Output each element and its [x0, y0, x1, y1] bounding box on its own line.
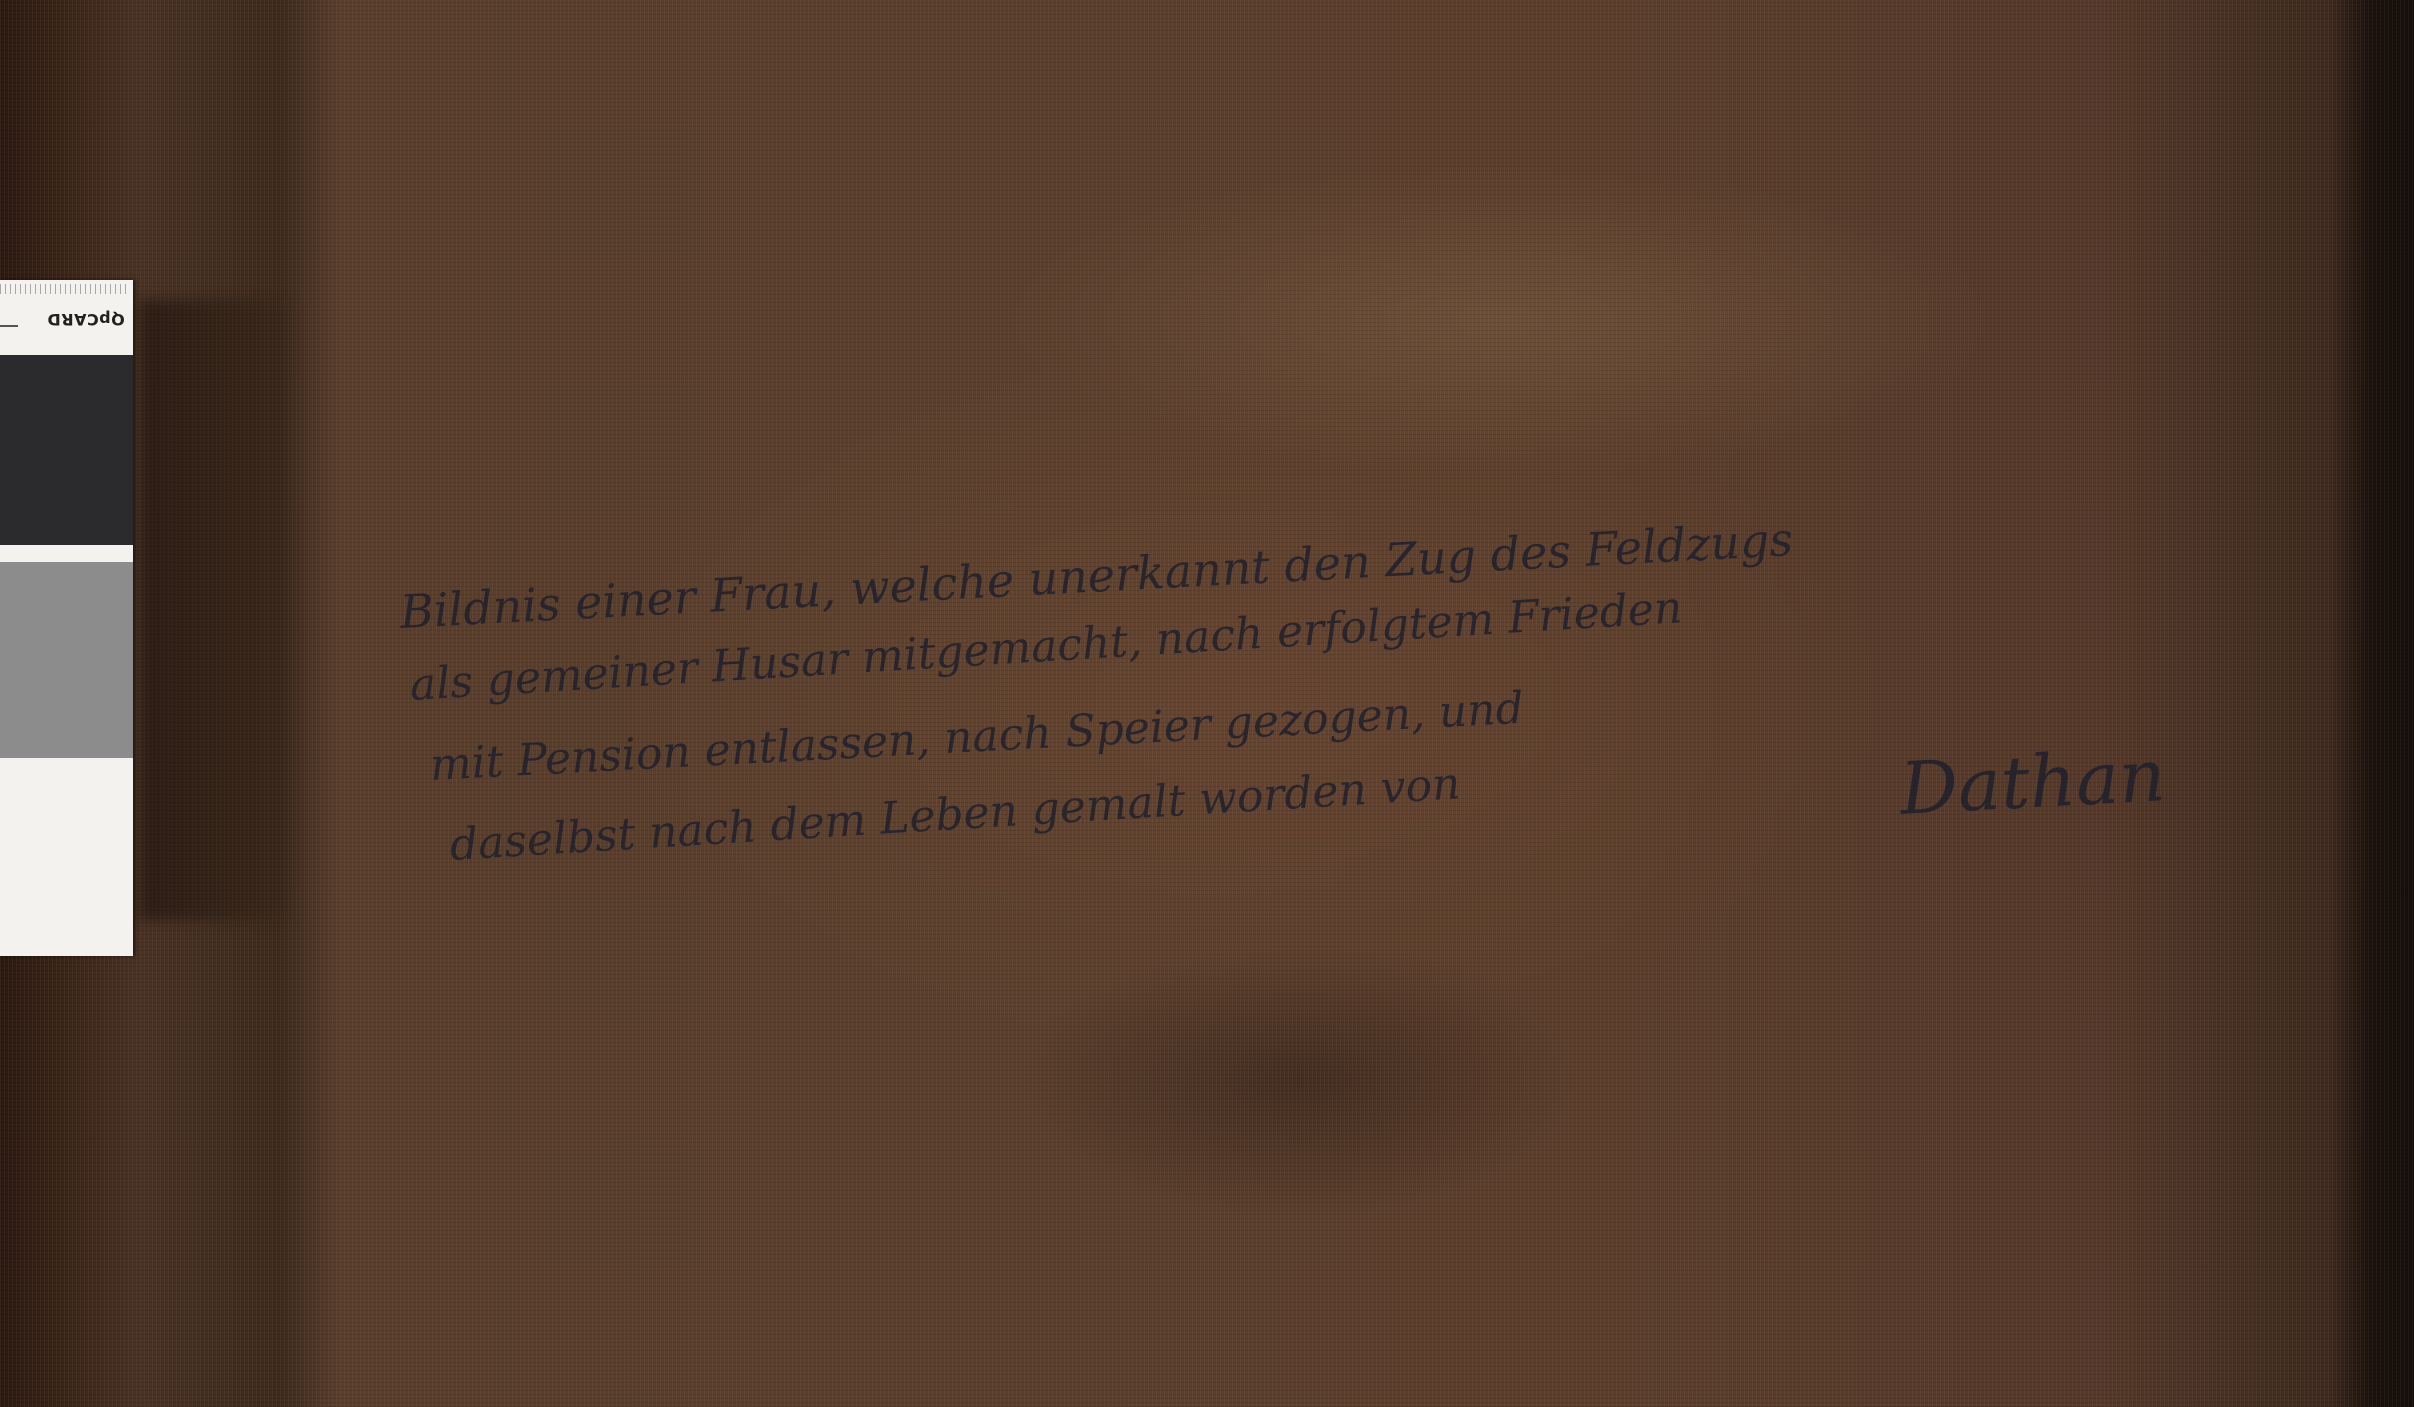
canvas-back: QpCARD Bildnis einer Frau, welche unerka… [0, 0, 2414, 1407]
artist-signature: Dathan [1898, 733, 2167, 831]
handwritten-inscription: Bildnis einer Frau, welche unerkannt den… [0, 0, 2414, 1407]
